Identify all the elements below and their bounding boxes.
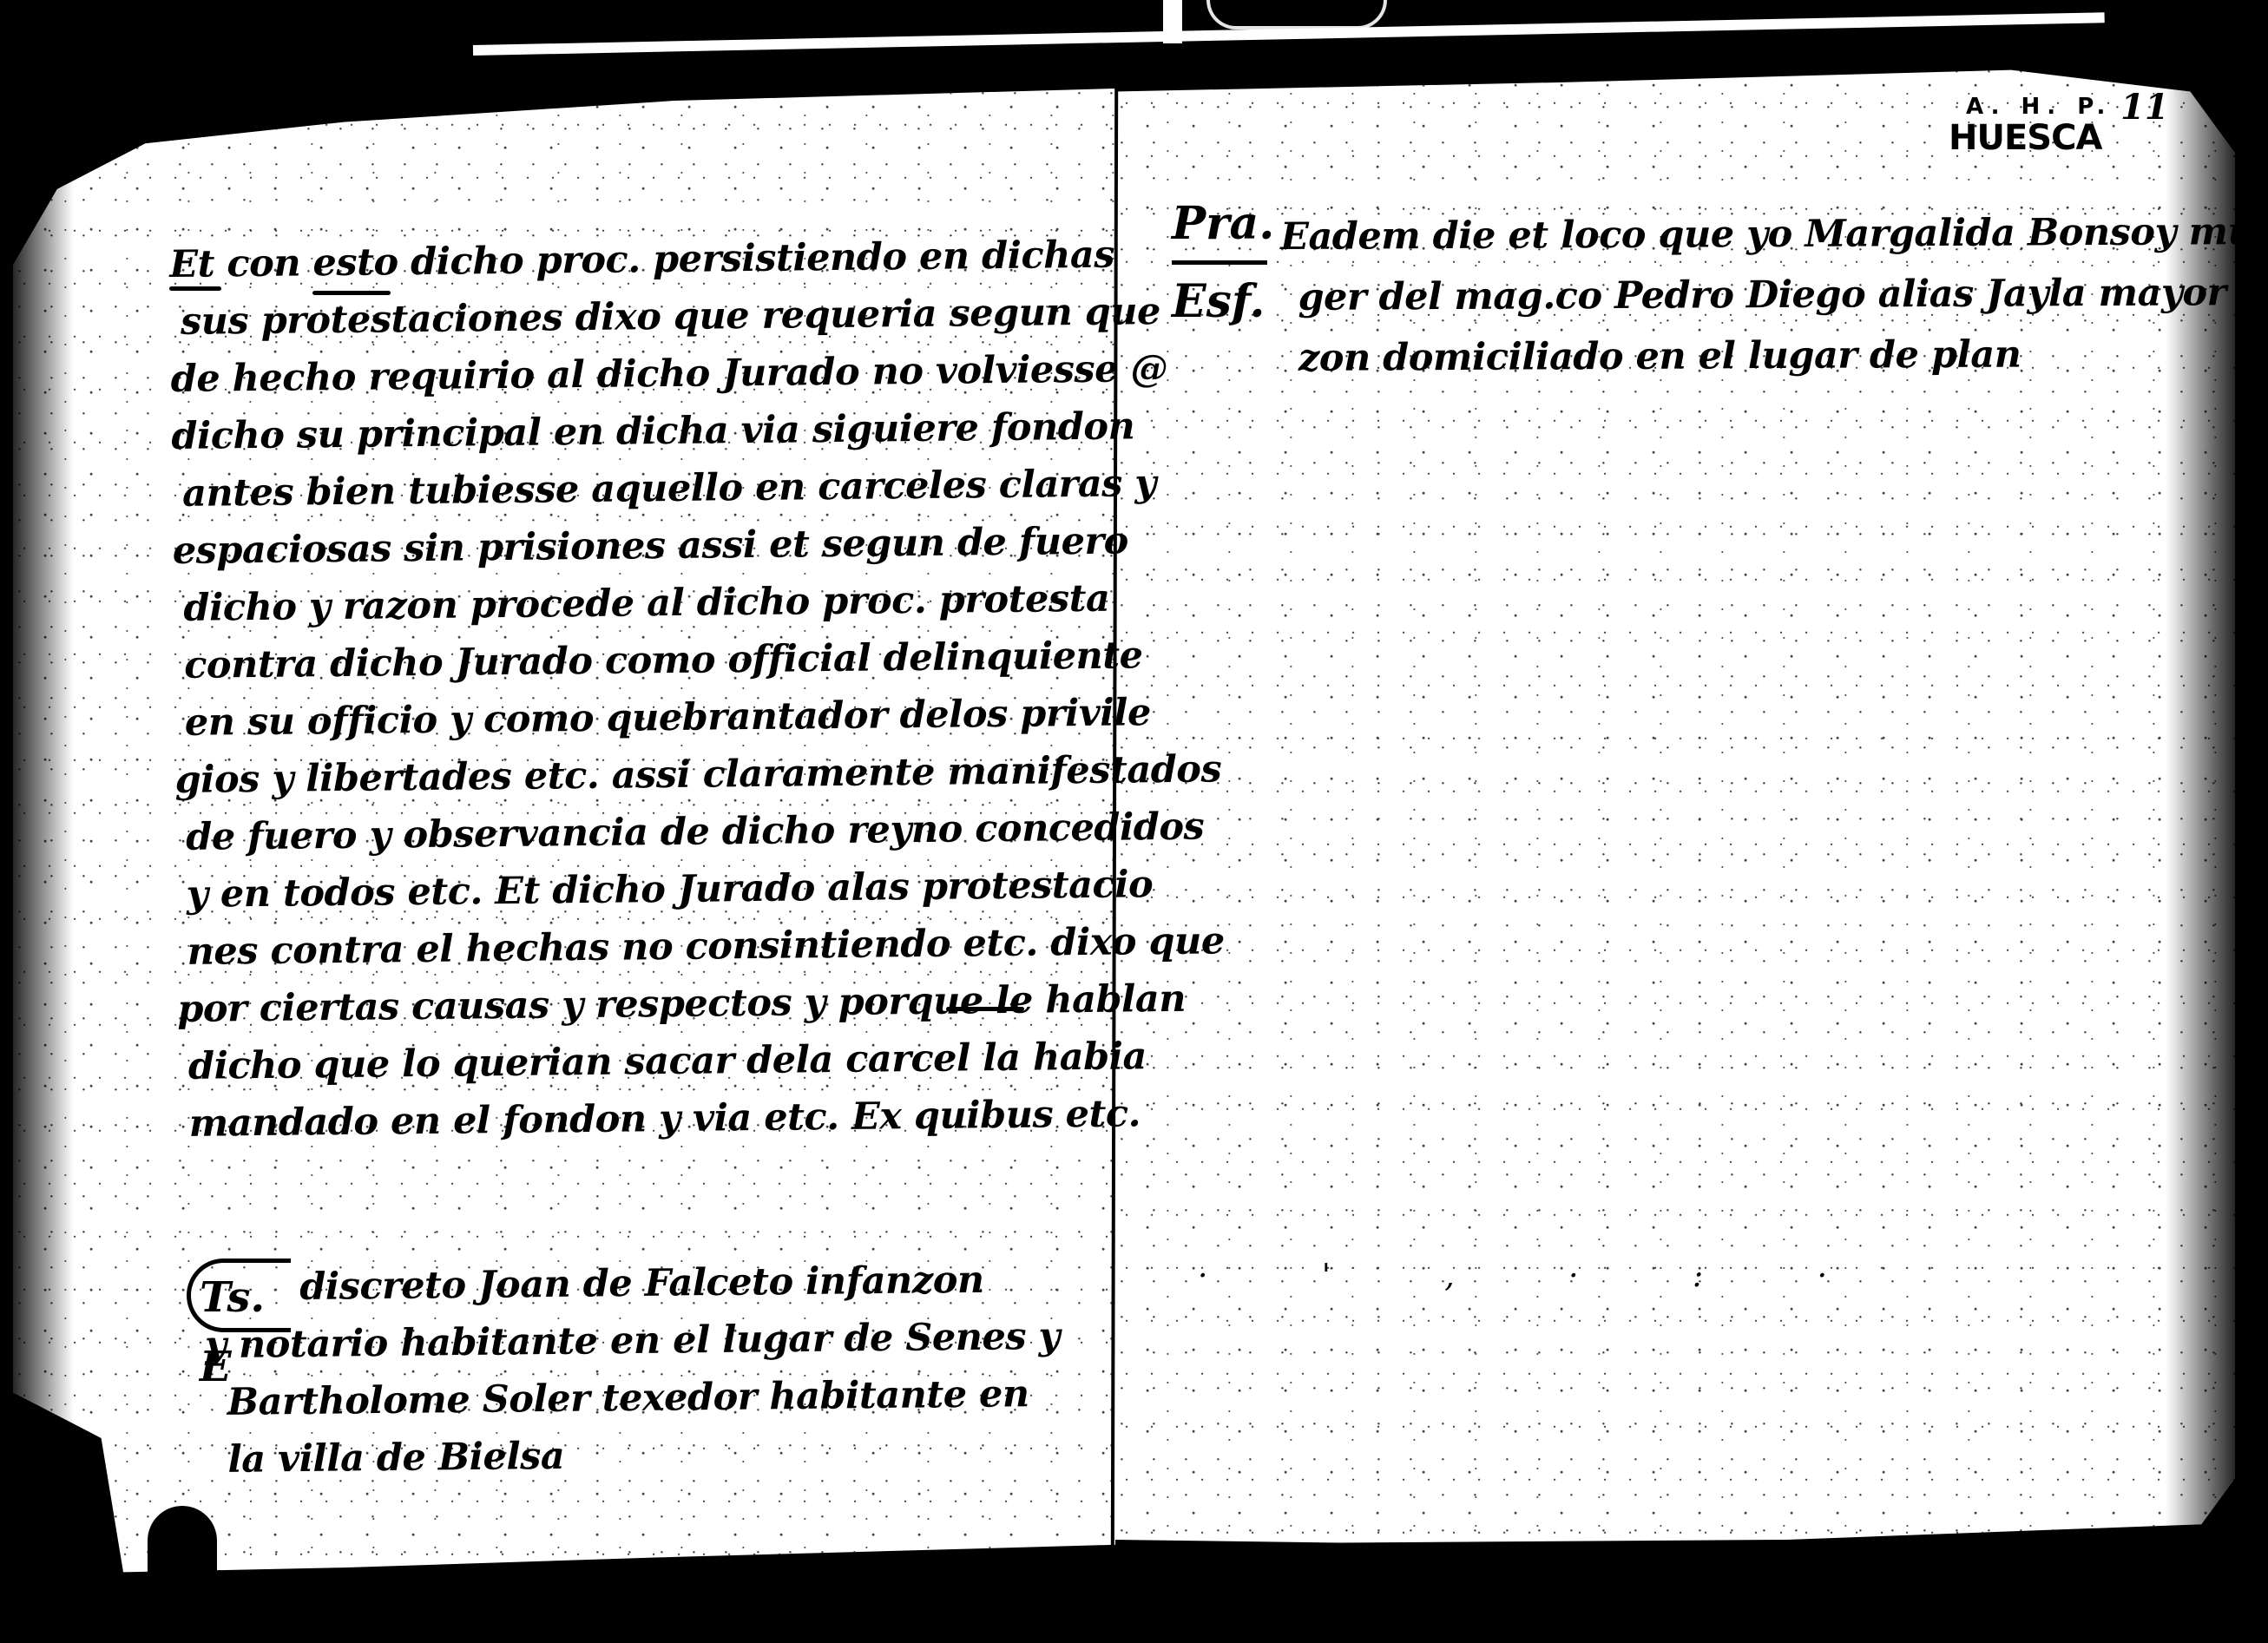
text-line: Et con esto dicho proc. persistiendo en … [169,225,1218,293]
text-line: y en todos etc. Et dicho Jurado alas pro… [176,855,1225,923]
witness-text: discreto Joan de Falceto infanzon y nota… [299,1251,1062,1488]
text-line: espaciosas sin prisiones assi et segun d… [172,511,1220,580]
text-line: mandado en el fondon y via etc. Ex quibu… [178,1084,1226,1153]
stamp-city: HUESCA [1949,118,2112,158]
underline-swash [169,286,221,291]
folio-number: 11 [2120,87,2169,128]
page-edge-shadow [13,82,74,1606]
text-line: nes contra el hechas no consintiendo etc… [176,912,1225,981]
underline-swash [312,291,391,295]
stamp-initials: A. H. P. [1966,94,2112,120]
manuscript-scan: A. H. P. HUESCA 11 Et con esto dicho pro… [0,0,2268,1643]
text-line: antes bien tubiesse aquello en carceles … [172,454,1220,522]
left-page-text: Et con esto dicho proc. persistiendo en … [169,225,1226,1153]
margin-note: Pra. [1172,187,1267,265]
text-line: y notario habitante en el lugar de Senes… [205,1308,1061,1374]
text-line: discreto Joan de Falceto infanzon [299,1251,1060,1316]
text-line: dicho que lo querian sacar dela carcel l… [178,1027,1226,1095]
text-line: zon domiciliado en el lugar de plan [1281,325,2268,391]
text-line: en su officio y como quebrantador delos … [174,683,1223,752]
text-line: de hecho requirio al dicho Jurado no vol… [170,339,1219,408]
binding-clasp [1206,0,1387,30]
thumb-stain [148,1506,217,1643]
text-line: dicho y razon procede al dicho proc. pro… [173,568,1221,637]
margin-note: Esf. [1172,265,1267,338]
text-line: gios y libertades etc. assi claramente m… [174,740,1223,809]
text-line: por ciertas causas y respectos y porque … [177,969,1226,1038]
text-line: Bartholome Soler texedor habitante en [227,1365,1061,1431]
text-line: contra dicho Jurado como official delinq… [174,626,1222,694]
underline-swash [946,1007,1024,1011]
stray-ink-marks: · ' , · : · [1198,1259,1879,1294]
text-line: la villa de Bielsa [227,1423,1062,1489]
text-line: Eadem die et loco que yo Margalida Bonso… [1280,203,2268,269]
margin-notes: Pra. Esf. [1172,187,1267,338]
text-line: de fuero y observancia de dicho reyno co… [175,798,1224,866]
archive-stamp: A. H. P. HUESCA [1949,94,2112,158]
text-line: ger del mag.co Pedro Diego alias Jayla m… [1280,264,2268,330]
right-page-text: Eadem die et loco que yo Margalida Bonso… [1280,203,2268,391]
text-line: dicho su principal en dicha via siguiere… [171,397,1219,465]
